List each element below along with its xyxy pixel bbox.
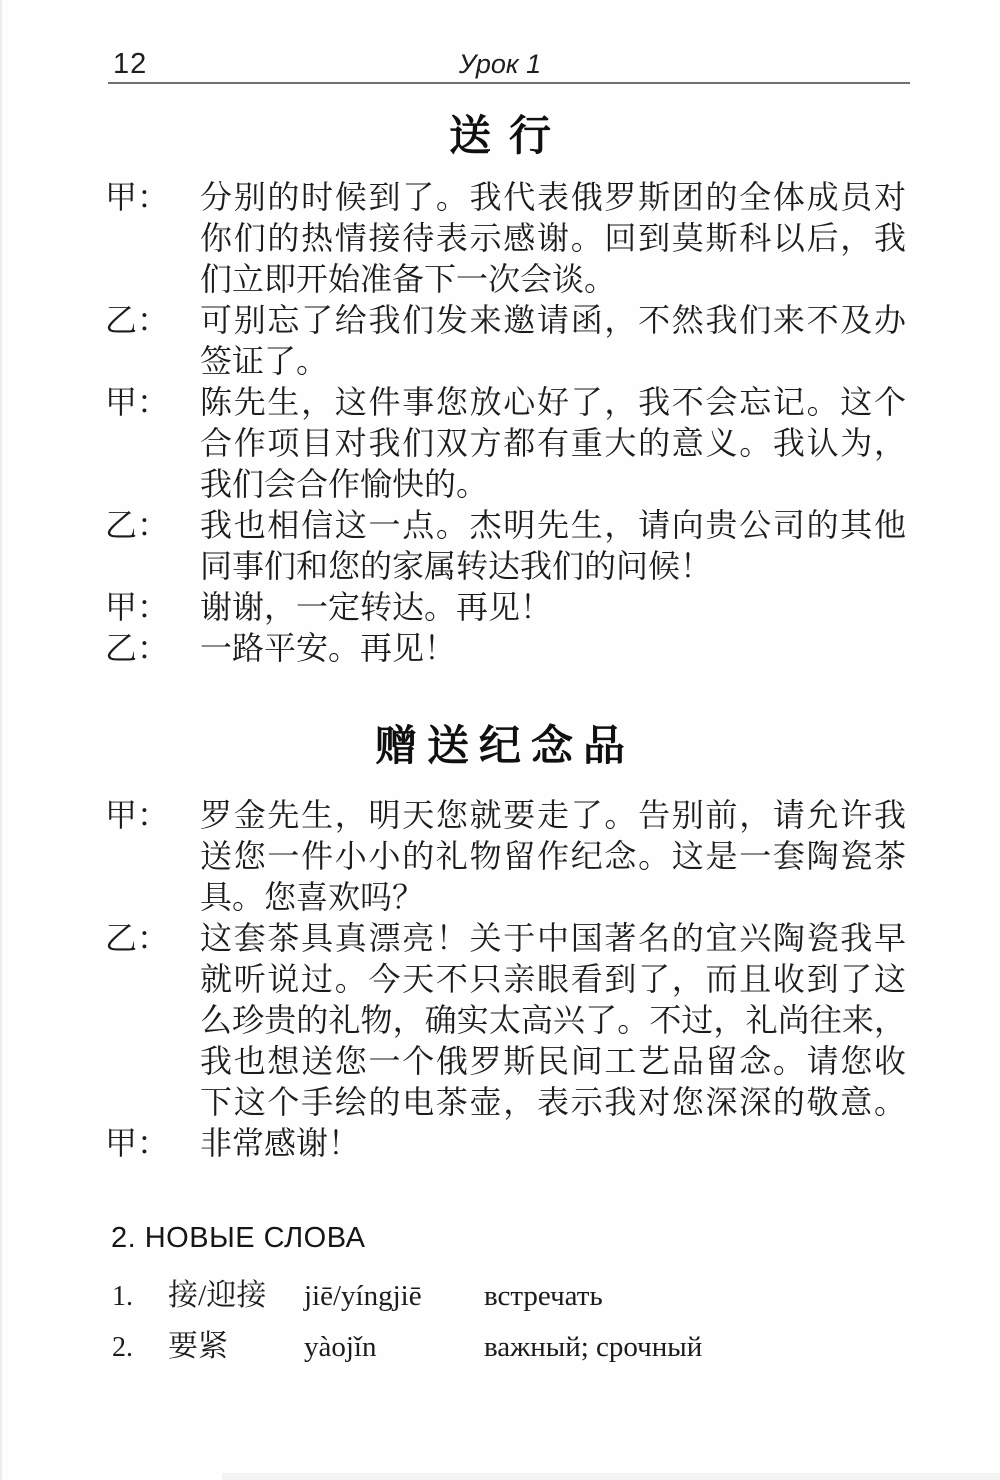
lesson-running-title: Урок 1: [0, 48, 1000, 80]
vocab-row: 2. 要紧 yàojǐn важный; срочный: [112, 1329, 940, 1366]
utterance: 陈先生，这件事您放心好了，我不会忘记。这个 合作项目对我们双方都有重大的意义。我…: [200, 382, 906, 505]
dialogue-line: 我也相信这一点。杰明先生，请向贵公司的其他: [200, 505, 906, 546]
dialogue-line: 我也想送您一个俄罗斯民间工艺品留念。请您收: [200, 1041, 906, 1082]
scan-bottom-edge-artifact: [222, 1473, 1000, 1480]
dialogue-line: 合作项目对我们双方都有重大的意义。我认为，: [200, 423, 906, 464]
header-rule: [108, 82, 910, 84]
vocab-hanzi: 要紧: [168, 1329, 304, 1365]
utterance: 我也相信这一点。杰明先生，请向贵公司的其他 同事们和您的家属转达我们的问候！: [200, 505, 906, 587]
dialogue-line: 下这个手绘的电茶壶，表示我对您深深的敬意。: [200, 1082, 906, 1123]
dialogue-turn: 甲： 罗金先生，明天您就要走了。告别前，请允许我 送您一件小小的礼物留作纪念。这…: [105, 795, 906, 918]
dialogue-line: 同事们和您的家属转达我们的问候！: [200, 546, 906, 587]
utterance: 罗金先生，明天您就要走了。告别前，请允许我 送您一件小小的礼物留作纪念。这是一套…: [200, 795, 906, 918]
speaker-label: 乙：: [105, 300, 200, 382]
speaker-label: 甲：: [105, 587, 200, 628]
vocab-row: 1. 接/迎接 jiē/yíngjiē встречать: [112, 1278, 940, 1315]
dialogue-line: 签证了。: [200, 341, 906, 382]
utterance: 一路平安。再见！: [200, 628, 906, 669]
vocab-translation: встречать: [484, 1278, 940, 1314]
dialogue-line: 可别忘了给我们发来邀请函，不然我们来不及办: [200, 300, 906, 341]
dialogue-line: 么珍贵的礼物，确实太高兴了。不过，礼尚往来，: [200, 1000, 906, 1041]
dialogue-turn: 乙： 一路平安。再见！: [105, 628, 906, 669]
dialogue-turn: 甲： 非常感谢！: [105, 1123, 906, 1164]
vocab-hanzi: 接/迎接: [168, 1278, 304, 1314]
dialogue-2: 甲： 罗金先生，明天您就要走了。告别前，请允许我 送您一件小小的礼物留作纪念。这…: [105, 795, 906, 1164]
speaker-label: 乙：: [105, 505, 200, 587]
speaker-label: 甲：: [105, 382, 200, 505]
dialogue-line: 分别的时候到了。我代表俄罗斯团的全体成员对: [200, 177, 906, 218]
dialogue-turn: 乙： 这套茶具真漂亮！关于中国著名的宜兴陶瓷我早 就听说过。今天不只亲眼看到了，…: [105, 918, 906, 1123]
vocab-pinyin: jiē/yíngjiē: [304, 1278, 484, 1314]
dialogue-turn: 甲： 谢谢，一定转达。再见！: [105, 587, 906, 628]
utterance: 分别的时候到了。我代表俄罗斯团的全体成员对 你们的热情接待表示感谢。回到莫斯科以…: [200, 177, 906, 300]
speaker-label: 甲：: [105, 795, 200, 918]
vocab-translation: важный; срочный: [484, 1329, 940, 1365]
utterance: 可别忘了给我们发来邀请函，不然我们来不及办 签证了。: [200, 300, 906, 382]
vocab-number: 1.: [112, 1279, 168, 1315]
dialogue-line: 们立即开始准备下一次会谈。: [200, 259, 906, 300]
vocab-list: 1. 接/迎接 jiē/yíngjiē встречать 2. 要紧 yàoj…: [112, 1278, 940, 1380]
book-page: 12 Урок 1 送行 甲： 分别的时候到了。我代表俄罗斯团的全体成员对 你们…: [0, 0, 1000, 1480]
dialogue-turn: 甲： 陈先生，这件事您放心好了，我不会忘记。这个 合作项目对我们双方都有重大的意…: [105, 382, 906, 505]
dialogue-line: 非常感谢！: [200, 1123, 906, 1164]
dialogue-line: 送您一件小小的礼物留作纪念。这是一套陶瓷茶: [200, 836, 906, 877]
dialogue-line: 罗金先生，明天您就要走了。告别前，请允许我: [200, 795, 906, 836]
speaker-label: 乙：: [105, 918, 200, 1123]
utterance: 谢谢，一定转达。再见！: [200, 587, 906, 628]
dialogue-line: 具。您喜欢吗？: [200, 877, 906, 918]
dialogue-line: 谢谢，一定转达。再见！: [200, 587, 906, 628]
dialogue-line: 这套茶具真漂亮！关于中国著名的宜兴陶瓷我早: [200, 918, 906, 959]
vocab-number: 2.: [112, 1330, 168, 1366]
dialogue-line: 我们会合作愉快的。: [200, 464, 906, 505]
dialogue-1-title: 送行: [0, 112, 1000, 162]
speaker-label: 甲：: [105, 1123, 200, 1164]
dialogue-turn: 乙： 可别忘了给我们发来邀请函，不然我们来不及办 签证了。: [105, 300, 906, 382]
dialogue-turn: 甲： 分别的时候到了。我代表俄罗斯团的全体成员对 你们的热情接待表示感谢。回到莫…: [105, 177, 906, 300]
vocab-section-title: 2. НОВЫЕ СЛОВА: [111, 1221, 365, 1255]
speaker-label: 甲：: [105, 177, 200, 300]
dialogue-2-title: 赠送纪念品: [0, 722, 1000, 772]
dialogue-line: 一路平安。再见！: [200, 628, 906, 669]
dialogue-1: 甲： 分别的时候到了。我代表俄罗斯团的全体成员对 你们的热情接待表示感谢。回到莫…: [105, 177, 906, 669]
utterance: 这套茶具真漂亮！关于中国著名的宜兴陶瓷我早 就听说过。今天不只亲眼看到了，而且收…: [200, 918, 906, 1123]
dialogue-line: 就听说过。今天不只亲眼看到了，而且收到了这: [200, 959, 906, 1000]
speaker-label: 乙：: [105, 628, 200, 669]
dialogue-line: 你们的热情接待表示感谢。回到莫斯科以后，我: [200, 218, 906, 259]
utterance: 非常感谢！: [200, 1123, 906, 1164]
vocab-pinyin: yàojǐn: [304, 1329, 484, 1365]
dialogue-turn: 乙： 我也相信这一点。杰明先生，请向贵公司的其他 同事们和您的家属转达我们的问候…: [105, 505, 906, 587]
dialogue-line: 陈先生，这件事您放心好了，我不会忘记。这个: [200, 382, 906, 423]
